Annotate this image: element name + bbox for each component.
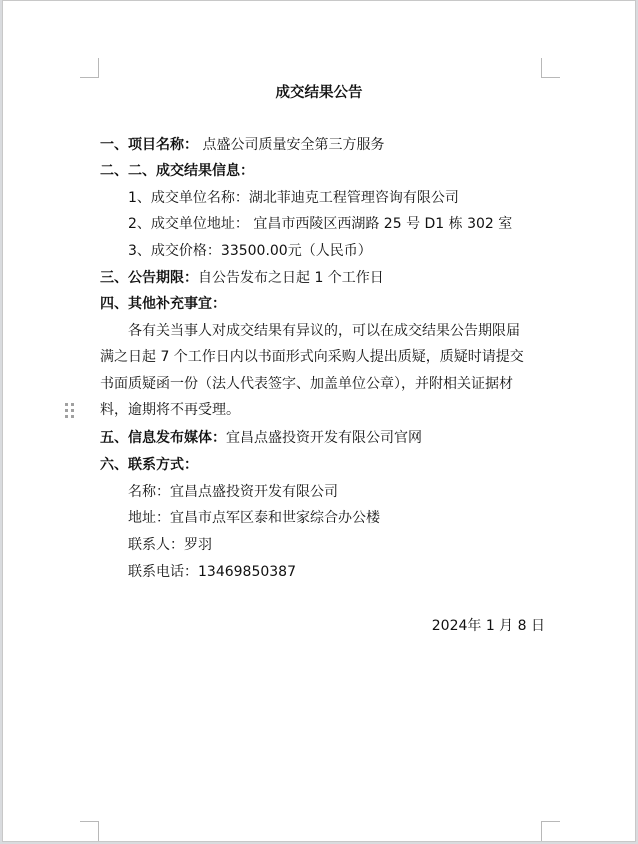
section-value: 自公告发布之日起 1 个工作日 (198, 270, 384, 286)
result-item-company: 1、成交单位名称：湖北菲迪克工程管理咨询有限公司 (128, 189, 459, 207)
contact-address: 地址：宜昌市点军区泰和世家综合办公楼 (128, 509, 380, 527)
section-media: 五、信息发布媒体：宜昌点盛投资开发有限公司官网 (100, 429, 422, 447)
contact-phone: 联系电话：13469850387 (128, 563, 296, 581)
document-date: 2024年 1 月 8 日 (432, 617, 545, 635)
margin-corner-mark-top-right (541, 58, 560, 78)
contact-person: 联系人：罗羽 (128, 536, 212, 554)
result-item-price: 3、成交价格：33500.00元（人民币） (128, 242, 372, 260)
paragraph-line: 各有关当事人对成交结果有异议的，可以在成交结果公告期限届 (128, 322, 520, 340)
document-page: 成交结果公告 一、项目名称： 点盛公司质量安全第三方服务 二、二、成交结果信息：… (3, 1, 635, 841)
section-value: 宜昌点盛投资开发有限公司官网 (226, 430, 422, 446)
paragraph-line: 满之日起 7 个工作日内以书面形式向采购人提出质疑，质疑时请提交 (100, 348, 524, 366)
section-other-matters-heading: 四、其他补充事宜： (100, 295, 226, 313)
document-title: 成交结果公告 (3, 84, 635, 102)
paragraph-drag-handle-icon[interactable] (65, 403, 75, 419)
section-notice-period: 三、公告期限：自公告发布之日起 1 个工作日 (100, 269, 384, 287)
contact-name: 名称：宜昌点盛投资开发有限公司 (128, 483, 338, 501)
section-value: 点盛公司质量安全第三方服务 (198, 137, 384, 153)
section-label: 三、公告期限： (100, 270, 198, 286)
section-result-info-heading: 二、二、成交结果信息： (100, 162, 254, 180)
margin-corner-mark-top-left (80, 58, 99, 78)
margin-corner-mark-bottom-right (541, 821, 560, 841)
section-contact-heading: 六、联系方式： (100, 456, 198, 474)
margin-corner-mark-bottom-left (80, 821, 99, 841)
paragraph-line: 料，逾期将不再受理。 (100, 401, 240, 419)
section-label: 五、信息发布媒体： (100, 430, 226, 446)
section-project-name: 一、项目名称： 点盛公司质量安全第三方服务 (100, 136, 384, 154)
section-label: 一、项目名称： (100, 137, 198, 153)
paragraph-line: 书面质疑函一份（法人代表签字、加盖单位公章），并附相关证据材 (100, 375, 513, 393)
result-item-address: 2、成交单位地址： 宜昌市西陵区西湖路 25 号 D1 栋 302 室 (128, 215, 512, 233)
